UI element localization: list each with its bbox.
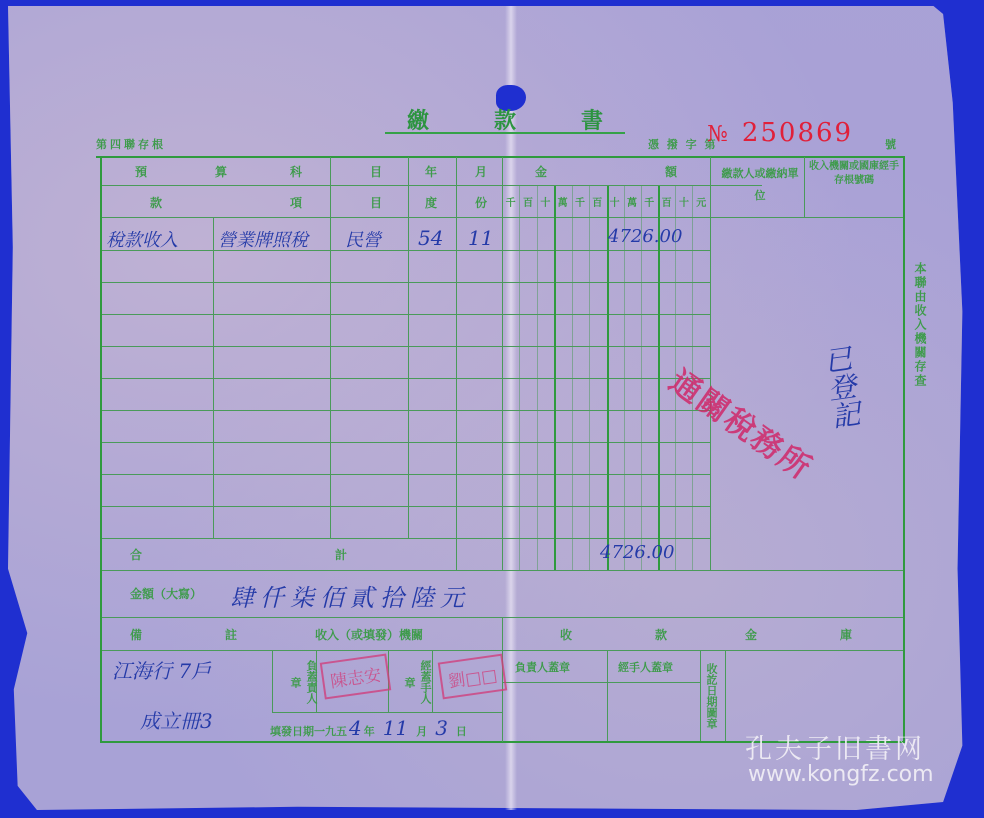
col-line <box>408 157 409 538</box>
header-fen: 份 <box>475 194 487 211</box>
row1-year: 54 <box>418 226 443 250</box>
header-nian: 年 <box>425 163 437 180</box>
amount-words-label: 金額（大寫） <box>130 585 202 602</box>
digit-header: 百 <box>589 194 606 209</box>
header-suan: 算 <box>215 163 227 180</box>
digit-header: 萬 <box>623 194 640 209</box>
treasury-header-3: 庫 <box>840 626 852 643</box>
issue-date-label: 填發日期一九五 <box>270 723 347 739</box>
digit-line <box>572 186 573 570</box>
digit-line <box>589 186 590 570</box>
row1-amount: 4726.00 <box>608 226 682 247</box>
col-line <box>456 157 457 570</box>
row-line <box>102 410 710 411</box>
digit-group-line <box>554 186 556 570</box>
issue-day: 3 <box>435 716 448 740</box>
remarks-line-2: 成立冊3 <box>140 705 213 734</box>
treasury-responsible-label: 負責人蓋章 <box>515 659 570 675</box>
issue-month: 11 <box>383 716 408 740</box>
header-jin: 金 <box>535 163 547 180</box>
agency-label: 收入（或填發）機關 <box>315 626 423 643</box>
col-line <box>330 157 331 538</box>
row-line <box>102 474 710 475</box>
treasury-header-0: 收 <box>560 626 572 643</box>
issue-date: 填發日期一九五 4 年 11 月 3 日 <box>270 716 467 740</box>
title-char: 款 <box>494 104 516 135</box>
header-mu2: 目 <box>370 194 382 211</box>
title-underline <box>385 132 625 134</box>
col-line <box>710 157 711 570</box>
digit-header: 十 <box>537 194 554 209</box>
digit-header: 百 <box>658 194 675 209</box>
header-kuan: 款 <box>150 194 162 211</box>
treasury-handler-label: 經手人蓋章 <box>618 659 673 675</box>
col-line <box>502 157 503 570</box>
header-agency: 收入機關或國庫經手存根號碼 <box>808 160 900 188</box>
document-title: 繳 款 書 <box>385 104 625 135</box>
col-line <box>804 157 805 218</box>
ticket-suffix-label: 號 <box>885 136 896 152</box>
amount-digit-headers: 千 百 十 萬 千 百 十 萬 千 百 十 元 <box>502 194 710 209</box>
total-row-bottom <box>102 570 903 571</box>
row1-kuan: 稅款收入 <box>106 226 178 252</box>
digit-header: 千 <box>571 194 588 209</box>
digit-header: 千 <box>502 194 519 209</box>
col-line <box>213 217 214 538</box>
table-right-border <box>903 156 905 742</box>
header-du: 度 <box>425 194 437 211</box>
issue-year-suffix: 年 <box>364 723 375 739</box>
digit-line <box>537 186 538 570</box>
header-yu: 預 <box>135 163 147 180</box>
row-line <box>102 506 710 507</box>
treasury-header-2: 金 <box>745 626 757 643</box>
treasury-header-1: 款 <box>655 626 667 643</box>
digit-header: 十 <box>675 194 692 209</box>
table-left-border <box>100 156 102 742</box>
digit-header: 百 <box>519 194 536 209</box>
side-note: 本聯由收入機關存查 <box>912 262 929 388</box>
header-xiang: 項 <box>290 194 302 211</box>
row-line <box>102 250 710 251</box>
table-top-border <box>96 156 904 158</box>
header-ke: 科 <box>290 163 302 180</box>
digit-line <box>519 186 520 570</box>
footer-row-line <box>272 712 502 713</box>
footer-col-line <box>272 650 273 712</box>
row-line <box>102 346 710 347</box>
header-e: 額 <box>665 163 677 180</box>
total-amount: 4726.00 <box>600 542 674 563</box>
row-line <box>102 378 710 379</box>
number-sign: № <box>707 122 730 147</box>
total-label-right: 計 <box>335 546 347 563</box>
digit-header: 千 <box>641 194 658 209</box>
row-line <box>102 282 710 283</box>
total-label-left: 合 <box>130 546 142 563</box>
digit-header: 元 <box>693 194 710 209</box>
header-payer: 繳款人或繳納單位 <box>718 163 802 207</box>
copy-label: 第四聯存根 <box>96 136 166 152</box>
footer-col-line <box>725 650 726 741</box>
footer-row-line <box>502 682 700 683</box>
footer-col-line <box>607 650 608 741</box>
footer-col-line <box>700 650 701 741</box>
header-yue: 月 <box>475 163 487 180</box>
handler-label: 經蓋手人章 <box>401 656 433 708</box>
title-char: 書 <box>581 104 603 135</box>
title-char: 繳 <box>407 104 429 135</box>
row-line <box>102 314 710 315</box>
responsible-label: 負蓋責人章 <box>287 656 319 708</box>
header-mu: 目 <box>370 163 382 180</box>
treasury-date-stamp-label: 收訖日期圖章 <box>704 652 718 740</box>
remarks-line-1: 江海行 7戶 <box>112 655 211 684</box>
watermark-name: 孔夫子旧書网 <box>745 727 925 766</box>
row1-mu: 民營 <box>345 226 381 252</box>
amount-in-words: 肆仟柒佰貳拾陸元 <box>230 578 470 613</box>
header-mid-line <box>102 185 762 186</box>
digit-header: 萬 <box>554 194 571 209</box>
issue-year: 4 <box>349 716 362 740</box>
row1-xiang: 營業牌照稅 <box>218 226 308 252</box>
row1-month: 11 <box>468 226 493 250</box>
row-line <box>102 442 710 443</box>
issue-month-suffix: 月 <box>416 723 427 739</box>
remarks-label-left: 備 <box>130 626 142 643</box>
row-line <box>102 538 710 539</box>
watermark-url: www.kongfz.com <box>748 762 934 787</box>
serial-number: №250869 <box>707 118 853 148</box>
serial-number-value: 250869 <box>742 118 853 148</box>
issue-day-suffix: 日 <box>456 723 467 739</box>
remarks-label-right: 註 <box>225 626 237 643</box>
